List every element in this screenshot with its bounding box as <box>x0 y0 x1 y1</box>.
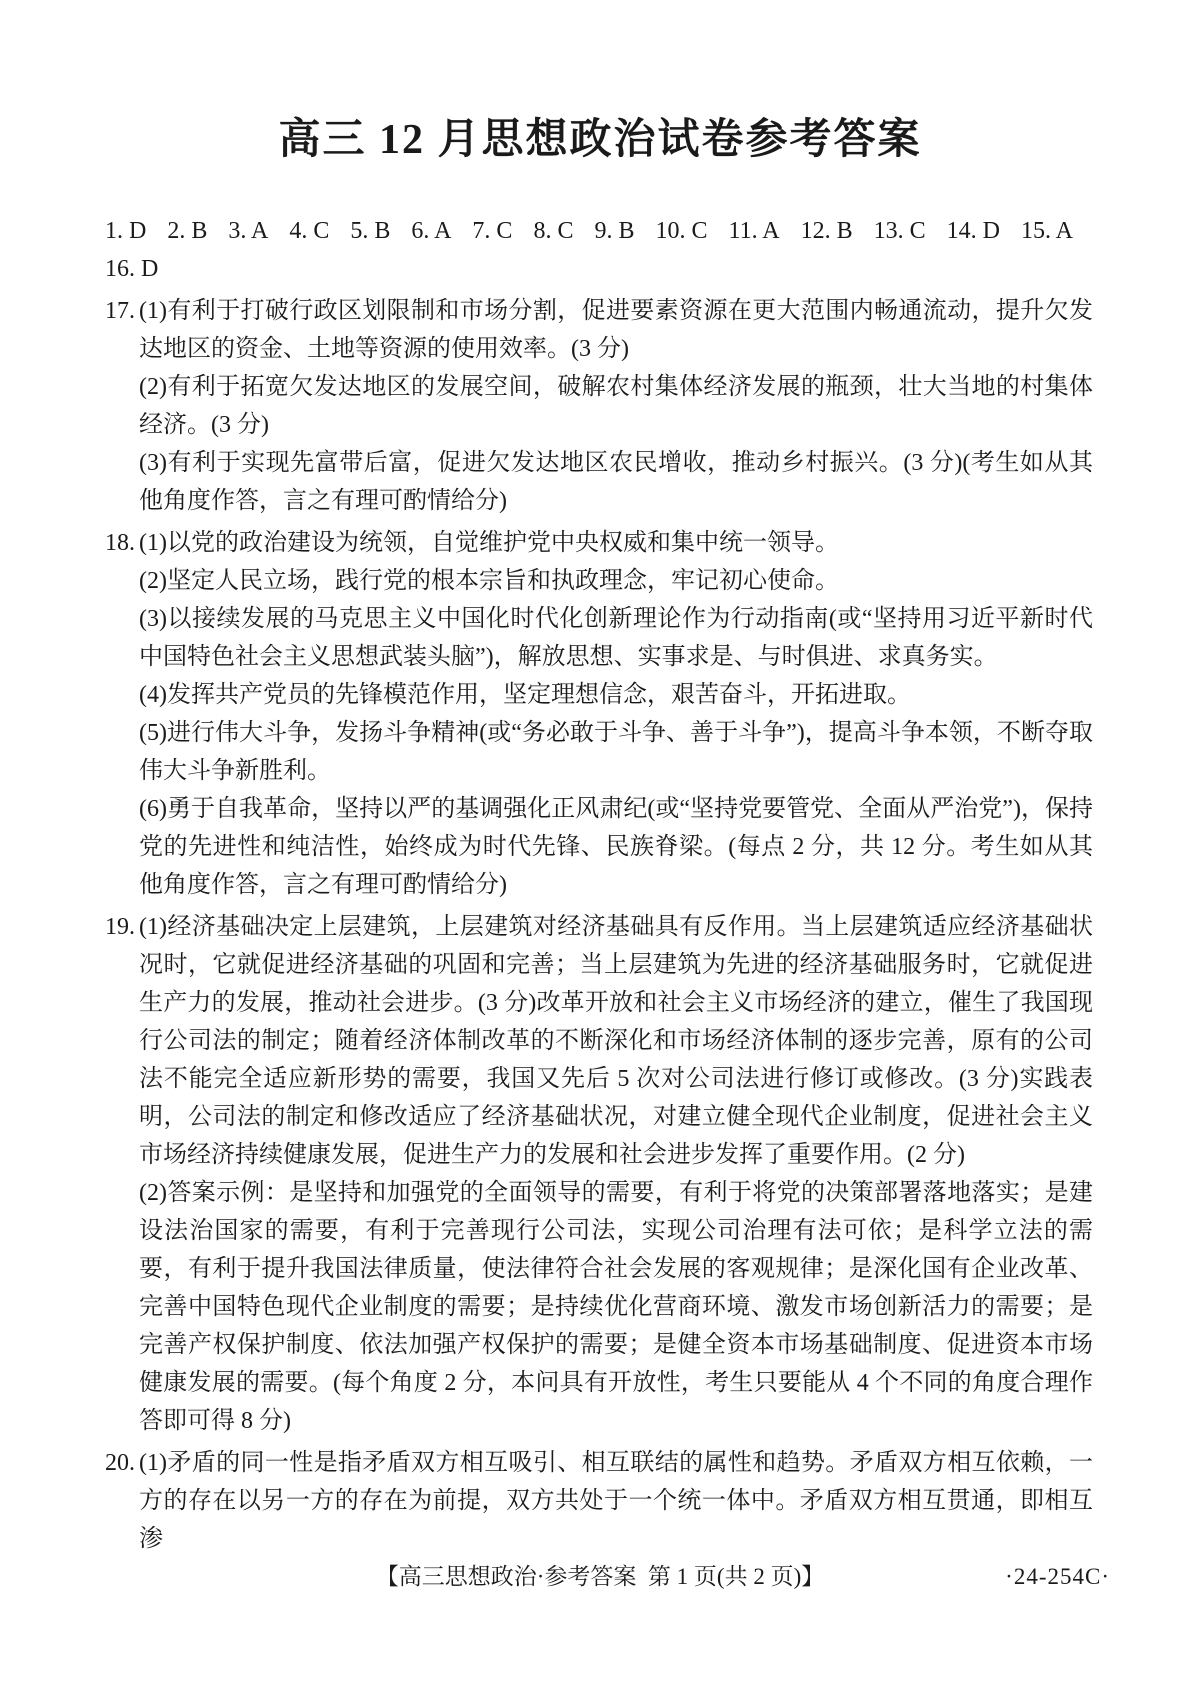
page-footer: 【高三思想政治·参考答案 第 1 页(共 2 页)】 ·24-254C· <box>0 1562 1200 1592</box>
choice-answer-5: 5. B <box>350 212 390 250</box>
choice-answer-12: 12. B <box>801 212 853 250</box>
multiple-choice-answers: 1. D2. B3. A4. C5. B6. A7. C8. C9. B10. … <box>105 212 1093 288</box>
question-19: 19.(1)经济基础决定上层建筑，上层建筑对经济基础具有反作用。当上层建筑适应经… <box>105 908 1093 1440</box>
choice-answer-14: 14. D <box>947 212 1000 250</box>
choice-answer-9: 9. B <box>594 212 634 250</box>
choice-answer-1: 1. D <box>105 212 146 250</box>
answer-content: 1. D2. B3. A4. C5. B6. A7. C8. C9. B10. … <box>105 212 1093 1558</box>
answer-part: (3)有利于实现先富带后富，促进欠发达地区农民增收，推动乡村振兴。(3 分)(考… <box>139 444 1093 520</box>
choice-answer-10: 10. C <box>655 212 707 250</box>
choice-answer-4: 4. C <box>289 212 329 250</box>
answer-part: (1)矛盾的同一性是指矛盾双方相互吸引、相互联结的属性和趋势。矛盾双方相互依赖，… <box>139 1444 1093 1558</box>
choice-answer-3: 3. A <box>228 212 268 250</box>
choice-answer-6: 6. A <box>411 212 451 250</box>
question-number: 17. <box>105 292 135 330</box>
answer-sheet-page: 高三 12 月思想政治试卷参考答案 1. D2. B3. A4. C5. B6.… <box>0 0 1200 1687</box>
question-number: 18. <box>105 524 135 562</box>
questions-list: 17.(1)有利于打破行政区划限制和市场分割，促进要素资源在更大范围内畅通流动，… <box>105 292 1093 1558</box>
answer-part: (3)以接续发展的马克思主义中国化时代化创新理论作为行动指南(或“坚持用习近平新… <box>139 600 1093 676</box>
question-20: 20.(1)矛盾的同一性是指矛盾双方相互吸引、相互联结的属性和趋势。矛盾双方相互… <box>105 1444 1093 1558</box>
footer-paper-code: ·24-254C· <box>1005 1562 1110 1592</box>
page-title: 高三 12 月思想政治试卷参考答案 <box>0 0 1200 167</box>
answer-part: (2)坚定人民立场，践行党的根本宗旨和执政理念，牢记初心使命。 <box>139 562 1093 600</box>
answer-part: (2)有利于拓宽欠发达地区的发展空间，破解农村集体经济发展的瓶颈，壮大当地的村集… <box>139 368 1093 444</box>
choice-answer-7: 7. C <box>472 212 512 250</box>
question-number: 20. <box>105 1444 135 1482</box>
choice-answer-16: 16. D <box>105 250 158 288</box>
question-number: 19. <box>105 908 135 946</box>
choice-answer-2: 2. B <box>167 212 207 250</box>
answer-part: (1)以党的政治建设为统领，自觉维护党中央权威和集中统一领导。 <box>139 524 1093 562</box>
answer-part: (5)进行伟大斗争，发扬斗争精神(或“务必敢于斗争、善于斗争”)，提高斗争本领，… <box>139 714 1093 790</box>
choice-answer-15: 15. A <box>1021 212 1073 250</box>
answer-part: (1)经济基础决定上层建筑，上层建筑对经济基础具有反作用。当上层建筑适应经济基础… <box>139 908 1093 1174</box>
answer-part: (4)发挥共产党员的先锋模范作用，坚定理想信念，艰苦奋斗，开拓进取。 <box>139 676 1093 714</box>
question-17: 17.(1)有利于打破行政区划限制和市场分割，促进要素资源在更大范围内畅通流动，… <box>105 292 1093 520</box>
answer-part: (6)勇于自我革命，坚持以严的基调强化正风肃纪(或“坚持党要管党、全面从严治党”… <box>139 790 1093 904</box>
answer-part: (1)有利于打破行政区划限制和市场分割，促进要素资源在更大范围内畅通流动，提升欠… <box>139 292 1093 368</box>
choice-answer-8: 8. C <box>533 212 573 250</box>
answer-part: (2)答案示例：是坚持和加强党的全面领导的需要，有利于将党的决策部署落地落实；是… <box>139 1174 1093 1440</box>
choice-answer-13: 13. C <box>874 212 926 250</box>
question-18: 18.(1)以党的政治建设为统领，自觉维护党中央权威和集中统一领导。(2)坚定人… <box>105 524 1093 904</box>
choice-answer-11: 11. A <box>728 212 779 250</box>
